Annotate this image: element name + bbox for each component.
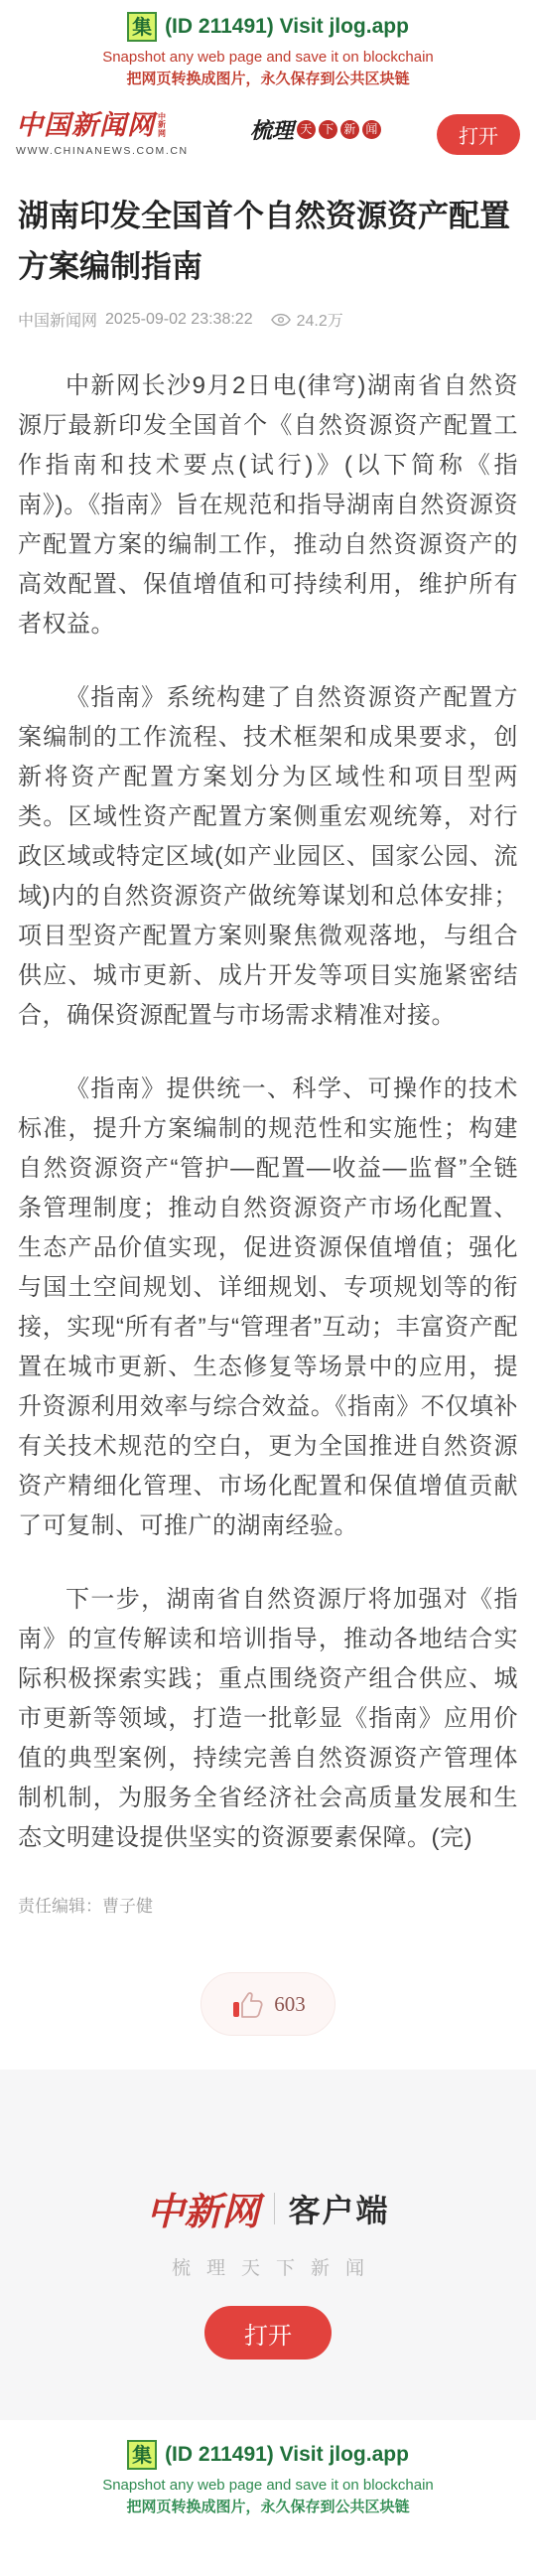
like-count: 603 [274, 1992, 306, 2017]
promo-logo-suffix: 客户端 [289, 2186, 390, 2231]
promo-logo: 中新网 客户端 [146, 2181, 389, 2235]
app-promo-card: 中新网 客户端 梳理天下新闻 打开 [0, 2070, 536, 2420]
banner-bottom: 集 (ID 211491) Visit jlog.app Snapshot an… [0, 2420, 536, 2526]
banner-top-subtitle-zh: 把网页转换成图片，永久保存到公共区块链 [0, 68, 536, 88]
promo-slogan: 梳理天下新闻 [156, 2253, 380, 2280]
paragraph: 下一步，湖南省自然资源厅将加强对《指南》的宣传解读和培训指导，推动各地结合实际积… [18, 1580, 518, 1858]
paragraph: 中新网长沙9月2日电(律穹)湖南省自然资源厅最新印发全国首个《自然资源资产配置工… [18, 366, 518, 644]
eye-icon [271, 313, 291, 327]
site-slogan: 梳理 天 下 新 闻 [250, 114, 381, 145]
banner-top-subtitle-en: Snapshot any web page and save it on blo… [0, 49, 536, 66]
blockchain-ji-icon: 集 [127, 2440, 157, 2470]
article-title: 湖南印发全国首个自然资源资产配置方案编制指南 [18, 191, 518, 292]
site-header: 中国新闻网 中 新 网 WWW.CHINANEWS.COM.CN 梳理 天 下 … [0, 98, 536, 167]
slogan-seal-icon: 天 [297, 120, 316, 139]
like-button[interactable]: 603 [201, 1972, 335, 2036]
blockchain-ji-icon: 集 [127, 12, 157, 42]
paragraph: 《指南》系统构建了自然资源资产配置方案编制的工作流程、技术框架和成果要求，创新将… [18, 678, 518, 1036]
views-count: 24.2万 [297, 308, 343, 331]
slogan-seal-icon: 闻 [362, 120, 381, 139]
promo-logo-calligraphy: 中新网 [146, 2181, 259, 2235]
byline: 中国新闻网 2025-09-02 23:38:22 24.2万 [18, 308, 518, 331]
logo-vertical-text: 中 新 网 [158, 113, 166, 138]
site-logo[interactable]: 中国新闻网 中 新 网 WWW.CHINANEWS.COM.CN [16, 112, 189, 157]
views: 24.2万 [271, 308, 343, 331]
banner-top: 集 (ID 211491) Visit jlog.app Snapshot an… [0, 0, 536, 98]
logo-url: WWW.CHINANEWS.COM.CN [16, 145, 189, 157]
slogan-seal-icon: 新 [340, 120, 359, 139]
open-app-button-top[interactable]: 打开 [437, 114, 520, 155]
article-body: 中新网长沙9月2日电(律穹)湖南省自然资源厅最新印发全国首个《自然资源资产配置工… [18, 366, 518, 1858]
paragraph: 《指南》提供统一、科学、可操作的技术标准，提升方案编制的规范性和实施性；构建自然… [18, 1070, 518, 1546]
logo-calligraphy: 中国新闻网 [16, 112, 155, 139]
source-name: 中国新闻网 [18, 308, 97, 331]
slogan-seal-icon: 下 [319, 120, 337, 139]
article: 湖南印发全国首个自然资源资产配置方案编制指南 中国新闻网 2025-09-02 … [0, 191, 536, 1917]
editor-line: 责任编辑：曹子健 [18, 1892, 518, 1917]
banner-bottom-subtitle-zh: 把网页转换成图片，永久保存到公共区块链 [0, 2496, 536, 2516]
banner-bottom-title[interactable]: (ID 211491) Visit jlog.app [165, 2443, 409, 2467]
promo-divider [274, 2193, 275, 2224]
publish-time: 2025-09-02 23:38:22 [105, 311, 253, 329]
banner-top-title[interactable]: (ID 211491) Visit jlog.app [165, 15, 409, 39]
open-app-button-footer[interactable]: 打开 [204, 2306, 332, 2360]
slogan-prefix: 梳理 [250, 114, 294, 145]
banner-bottom-subtitle-en: Snapshot any web page and save it on blo… [0, 2477, 536, 2494]
thumbs-up-icon [230, 1988, 264, 2020]
